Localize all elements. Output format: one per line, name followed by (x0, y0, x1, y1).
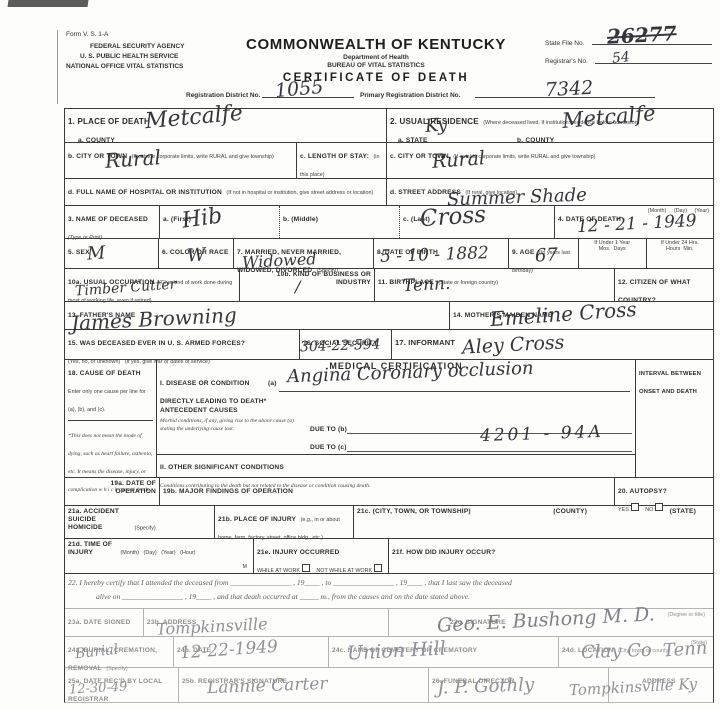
scan-edge-line (57, 30, 58, 104)
age-value: 67 (535, 246, 559, 265)
cemetery-location-value: Clay Co (581, 642, 652, 662)
cell-burial-date: 24b. DATE 12-22-1949 (174, 637, 329, 667)
under-24hr-cols: Hours Min. (666, 246, 694, 252)
cell-citizen: 12. CITIZEN OF WHAT COUNTRY? (615, 269, 713, 301)
age-under-24hr-column: If Under 24 Hrs. Hours Min. (647, 239, 714, 268)
cell-middle-name: b. (Middle) (280, 206, 400, 238)
cell-armed-forces: 15. WAS DECEASED EVER IN U. S. ARMED FOR… (65, 330, 300, 359)
accident-label: 21a. ACCIDENT SUICIDE HOMICIDE (68, 508, 130, 533)
other-conditions-label: II. OTHER SIGNIFICANT CONDITIONS (160, 464, 284, 471)
row-registrar: 25a. DATE REC'D BY LOCAL REGISTRAR 12-30… (65, 668, 713, 702)
row-injury-time: 21d. TIME OF INJURY (Month) (Day) (Year)… (65, 539, 713, 574)
cell-last-name: c. (Last) Cross (400, 206, 555, 238)
registrar-signature-value: Lannie Carter (207, 676, 328, 697)
antecedent-block: Morbid conditions, if any, giving rise t… (157, 417, 635, 453)
row-place-residence-d: d. FULL NAME OF HOSPITAL OR INSTITUTION … (65, 179, 713, 206)
cell-major-findings: 19b. MAJOR FINDINGS OF OPERATION (160, 478, 615, 505)
cell-place-of-death-county: 1. PLACE OF DEATH a. COUNTY Metcalfe (65, 109, 387, 142)
department-line: Department of Health (243, 54, 509, 61)
disease-label-1: I. DISEASE OR CONDITION (160, 380, 250, 387)
cell-sex: 5. SEX M (65, 239, 159, 268)
under-1yr-cols: Mos. Days (599, 246, 626, 252)
antecedent-label: ANTECEDENT CAUSES (160, 407, 238, 414)
registrar-no-label: Registrar's No. (545, 58, 588, 65)
cell-date-of-death: 4. DATE OF DEATH (Month) (Day) (Year) 12… (555, 206, 713, 238)
cell-funeral-director-address: ADDRESS Tompkinsville Ky (609, 668, 713, 702)
place-of-injury-label: 21b. PLACE OF INJURY (218, 516, 296, 523)
cell-business-industry: 10b. KIND OF BUSINESS OR INDUSTRY / (240, 269, 375, 301)
row-place-residence-a: 1. PLACE OF DEATH a. COUNTY Metcalfe 2. … (65, 109, 713, 143)
physician-address-value: Tompkinsville (156, 616, 268, 638)
cell-usual-residence-state-county: 2. USUAL RESIDENCE (Where deceased lived… (387, 109, 713, 142)
cell-name-label: 3. NAME OF DECEASED (Type or Print) (65, 206, 160, 238)
death-certificate-scan: Form V. S. 1-A FEDERAL SECURITY AGENCY U… (0, 0, 720, 709)
certification-line-2: alive on ________________ , 19____ , and… (96, 590, 710, 604)
cell-place-of-injury: 21b. PLACE OF INJURY (e.g., in or about … (214, 506, 354, 538)
funeral-director-address-value: Tompkinsville Ky (569, 677, 698, 699)
certification-line-1: 22. I hereby certify that I attended the… (68, 576, 710, 590)
due-to-c-label: DUE TO (c) (310, 444, 347, 452)
death-city-value: Rural (104, 147, 161, 171)
date-of-operation-label: 19a. DATE OF OPERATION (68, 480, 156, 496)
cell-age-under-columns: If Under 1 Year Mos. Days If Under 24 Hr… (579, 239, 713, 268)
cell-color-race: 6. COLOR OR RACE W (159, 239, 234, 268)
cell-death-city: b. CITY OR TOWN (If outside corporate li… (65, 143, 297, 178)
birthplace-value: Tenn. (403, 276, 451, 295)
how-injury-label: 21f. HOW DID INJURY OCCUR? (392, 549, 495, 556)
state-file-label: State File No. (545, 40, 584, 47)
row-name-date-of-death: 3. NAME OF DECEASED (Type or Print) a. (… (65, 206, 713, 239)
marital-value: Widowed (242, 251, 317, 271)
time-of-injury-cols: (Month) (Day) (Year) (Hour) (120, 550, 195, 556)
cell-mother-name: 14. MOTHER'S MAIDEN NAME Emeline Cross (450, 302, 713, 329)
major-findings-label: 19b. MAJOR FINDINGS OF OPERATION (163, 488, 293, 495)
scan-artifact-bar (8, 0, 89, 7)
residence-state-value: Ky (424, 116, 448, 136)
cemetery-state-value: Tenn (662, 639, 708, 660)
cell-cemetery-location: 24d. LOCATION (City, town, or county) (S… (559, 637, 713, 667)
injury-city-label: 21c. (CITY, TOWN, OR TOWNSHIP) (357, 508, 471, 536)
cell-cemetery-name: 24c. NAME OF CEMETERY OR CREMATORY Union… (329, 637, 559, 667)
cell-physician-signature: 23c. SIGNATURE (Degree or title) Geo. E.… (389, 609, 713, 636)
registration-district-value: 1055 (274, 78, 324, 101)
place-of-death-label: 1. PLACE OF DEATH (68, 117, 150, 126)
informant-label: 17. INFORMANT (395, 338, 455, 347)
cell-date-received: 25a. DATE REC'D BY LOCAL REGISTRAR 12-30… (65, 668, 179, 702)
business-value: / (295, 279, 300, 295)
burial-date-value: 12-22-1949 (180, 639, 279, 663)
cell-interval: INTERVAL BETWEEN ONSET AND DEATH (635, 360, 713, 477)
burial-type-value: Burial (74, 643, 119, 661)
bureau-line: BUREAU OF VITAL STATISTICS (243, 62, 509, 69)
antecedent-note: Morbid conditions, if any, giving rise t… (160, 418, 310, 452)
cell-length-of-stay: c. LENGTH OF STAY: (in this place) (297, 143, 387, 178)
time-meridiem-label: M (243, 564, 248, 570)
cell-usual-occupation: 10a. USUAL OCCUPATION (Give kind of work… (65, 269, 240, 301)
cell-birthplace: 11. BIRTHPLACE (State or foreign country… (375, 269, 615, 301)
section-cause-of-death: 18. CAUSE OF DEATH Enter only one cause … (65, 360, 713, 478)
date-of-birth-value: 5 - 10 - 1882 (380, 245, 489, 266)
cell-medical-certification: MEDICAL CERTIFICATION I. DISEASE OR COND… (157, 360, 635, 477)
row-parents: 13. FATHER'S NAME James Browning 14. MOT… (65, 302, 713, 330)
cell-cause-sidebar: 18. CAUSE OF DEATH Enter only one cause … (65, 360, 157, 477)
cell-injury-city-county-state: 21c. (CITY, TOWN, OR TOWNSHIP) (COUNTY) … (354, 506, 713, 538)
time-of-injury-label: 21d. TIME OF INJURY (68, 541, 116, 557)
disease-condition-line: I. DISEASE OR CONDITION DIRECTLY LEADING… (157, 371, 635, 397)
agency-line-2: U. S. PUBLIC HEALTH SERVICE (80, 53, 178, 60)
cell-marital-status: 7. MARRIED, NEVER MARRIED, WIDOWED, DIVO… (234, 239, 374, 268)
cell-registrar-signature: 25b. REGISTRAR'S SIGNATURE Lannie Carter (179, 668, 429, 702)
cell-certification-statement: 22. I hereby certify that I attended the… (65, 574, 713, 608)
cell-injury-occurred: 21e. INJURY OCCURRED WHILE AT WORK NOT W… (254, 539, 389, 573)
cell-time-of-injury: 21d. TIME OF INJURY (Month) (Day) (Year)… (65, 539, 254, 573)
row-signature: 23a. DATE SIGNED 23b. ADDRESS Tompkinsvi… (65, 609, 713, 637)
injury-county-label: (COUNTY) (553, 508, 587, 536)
cell-how-injury-occurred: 21f. HOW DID INJURY OCCUR? (389, 539, 713, 573)
row-place-residence-b: b. CITY OR TOWN (If outside corporate li… (65, 143, 713, 179)
row-certification-statement: 22. I hereby certify that I attended the… (65, 574, 713, 609)
accident-note: (Specify) (134, 525, 155, 531)
registration-district-label: Registration District No. (186, 92, 260, 99)
date-received-value: 12-30-49 (69, 680, 128, 696)
funeral-director-value: J. P. Gothly (437, 676, 535, 697)
sidebar-divider (68, 420, 153, 421)
row-operation-autopsy: 19a. DATE OF OPERATION 19b. MAJOR FINDIN… (65, 478, 713, 506)
cell-accident-suicide: 21a. ACCIDENT SUICIDE HOMICIDE (Specify) (65, 506, 214, 538)
cell-date-signed: 23a. DATE SIGNED (65, 609, 144, 636)
disease-prefix: (a) (268, 380, 277, 396)
armed-forces-label: 15. WAS DECEASED EVER IN U. S. ARMED FOR… (68, 340, 245, 347)
not-while-at-work-checkbox (374, 564, 382, 572)
cell-first-name: a. (First) Hib (160, 206, 280, 238)
informant-value: Aley Cross (462, 333, 565, 357)
sex-value: M (86, 244, 106, 263)
name-of-deceased-label: 3. NAME OF DECEASED (68, 216, 148, 223)
county-value: Metcalfe (144, 103, 244, 133)
physician-signature-value: Geo. E. Bushong M. D. (437, 605, 655, 635)
primary-district-label: Primary Registration District No. (360, 92, 460, 99)
cell-father-name: 13. FATHER'S NAME James Browning (65, 302, 450, 329)
primary-district-value: 7342 (545, 79, 594, 101)
color-race-value: W (186, 246, 206, 265)
page-title: COMMONWEALTH OF KENTUCKY (243, 36, 509, 53)
cause-side-note1: Enter only one cause per line for (a), (… (68, 389, 146, 413)
age-under-1yr-column: If Under 1 Year Mos. Days (579, 239, 647, 268)
state-file-value: 26277 (607, 23, 678, 47)
residence-county-value: Metcalfe (561, 103, 656, 132)
cell-age: 9. AGE (In years last birthday) 67 (509, 239, 579, 268)
mother-name-value: Emeline Cross (489, 299, 637, 329)
due-to-c-value: 4201 - 94A (480, 424, 604, 445)
disease-write-line: Angina Coronary occlusion (279, 372, 630, 392)
registrar-no-value: 54 (611, 50, 630, 66)
due-to-b-label: DUE TO (b) (310, 426, 347, 434)
row-service-ssn-informant: 15. WAS DECEASED EVER IN U. S. ARMED FOR… (65, 330, 713, 360)
agency-line-1: FEDERAL SECURITY AGENCY (90, 43, 185, 50)
cell-burial-type: 24a. BURIAL, CREMATION, REMOVAL (Specify… (65, 637, 174, 667)
cell-autopsy: 20. AUTOPSY? YES NO (615, 478, 713, 505)
interval-label: INTERVAL BETWEEN ONSET AND DEATH (639, 371, 701, 395)
agency-line-3: NATIONAL OFFICE VITAL STATISTICS (66, 63, 183, 70)
cell-social-security: 16. SOCIAL SECURITY 304-22-594 (300, 330, 392, 359)
age-label: 9. AGE (512, 249, 535, 256)
row-burial: 24a. BURIAL, CREMATION, REMOVAL (Specify… (65, 637, 713, 668)
row-vitals: 5. SEX M 6. COLOR OR RACE W 7. MARRIED, … (65, 239, 713, 269)
cell-date-of-operation: 19a. DATE OF OPERATION (65, 478, 160, 505)
injury-occurred-label: 21e. INJURY OCCURRED (257, 549, 339, 556)
due-to-c-line: DUE TO (c) 4201 - 94A (310, 434, 632, 452)
cause-of-death-label: 18. CAUSE OF DEATH (68, 370, 141, 377)
form-number: Form V. S. 1-A (66, 31, 108, 38)
cemetery-value: Union Hill (347, 639, 447, 663)
first-name-value: Hib (181, 205, 224, 232)
business-label: 10b. KIND OF BUSINESS OR INDUSTRY (243, 271, 371, 287)
last-name-value: Cross (419, 204, 486, 232)
injury-state-label: (STATE) (670, 508, 696, 536)
autopsy-label: 20. AUTOPSY? (618, 488, 667, 495)
residence-city-value: Rural (431, 149, 485, 172)
date-signed-label: 23a. DATE SIGNED (68, 619, 130, 626)
middle-name-label: b. (Middle) (283, 216, 318, 223)
ssn-value: 304-22-594 (300, 338, 381, 355)
cell-residence-city: c. CITY OR TOWN (If outside corporate li… (387, 143, 713, 178)
cell-hospital-name: d. FULL NAME OF HOSPITAL OR INSTITUTION … (65, 179, 387, 205)
hospital-label: d. FULL NAME OF HOSPITAL OR INSTITUTION (68, 189, 222, 196)
date-of-death-value: 12 - 21 - 1949 (577, 213, 697, 236)
cell-physician-address: 23b. ADDRESS Tompkinsville (144, 609, 389, 636)
certificate-form-table: 1. PLACE OF DEATH a. COUNTY Metcalfe 2. … (64, 108, 714, 703)
row-injury-place: 21a. ACCIDENT SUICIDE HOMICIDE (Specify)… (65, 506, 713, 539)
hospital-note: (If not in hospital or institution, give… (226, 190, 373, 196)
cell-informant: 17. INFORMANT Aley Cross (392, 330, 713, 359)
length-of-stay-label: c. LENGTH OF STAY: (300, 153, 369, 160)
cell-date-of-birth: 8. DATE OF BIRTH 5 - 10 - 1882 (374, 239, 509, 268)
while-at-work-checkbox (302, 564, 310, 572)
cell-street-address: d. STREET ADDRESS (If rural, give locati… (387, 179, 713, 205)
row-occupation: 10a. USUAL OCCUPATION (Give kind of work… (65, 269, 713, 302)
degree-title-note: (Degree or title) (668, 612, 705, 618)
